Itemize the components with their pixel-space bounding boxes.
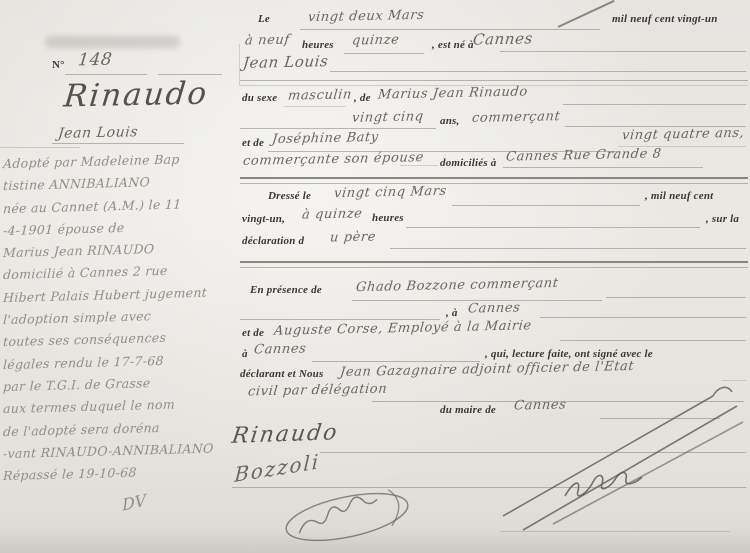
act-number-label: N° xyxy=(52,60,65,71)
mother-age-handwritten: vingt quatre ans, xyxy=(621,127,745,143)
paraph-signature xyxy=(495,378,750,538)
sur-la-printed: , sur la xyxy=(706,214,739,225)
address-handwritten: Cannes Rue Grande 8 xyxy=(505,147,662,163)
a2-printed: à xyxy=(242,349,248,360)
birth-hour-handwritten: à neuf xyxy=(244,34,290,48)
margin-given-names: Jean Louis xyxy=(57,125,139,141)
witness1-place-handwritten: Cannes xyxy=(467,301,521,315)
en-presence-printed: En présence de xyxy=(250,285,322,296)
rule xyxy=(390,248,746,249)
rule xyxy=(330,71,746,72)
rule xyxy=(240,267,748,268)
witness2-handwritten: Auguste Corse, Employé à la Mairie xyxy=(273,319,532,337)
birth-certificate-scan: N° 148 Rinaudo Jean Louis Adopté par Mad… xyxy=(0,0,750,553)
officer-delegation-handwritten: civil par délégation xyxy=(247,383,387,399)
scan-vignette xyxy=(0,527,750,553)
rule xyxy=(563,104,746,105)
child-names-handwritten: Jean Louis xyxy=(242,54,329,71)
record-hour-handwritten: à quinze xyxy=(301,207,363,221)
rule xyxy=(606,297,746,298)
domicilies-printed: domiciliés à xyxy=(440,158,496,169)
rule xyxy=(65,74,147,75)
rule xyxy=(240,128,436,129)
act-year-printed: mil neuf cent vingt-un xyxy=(612,14,718,25)
rule xyxy=(300,29,600,30)
adoption-note-line: Répassé le 19-10-68 xyxy=(3,459,240,488)
rule xyxy=(400,165,438,166)
rule xyxy=(0,147,80,148)
mil-neuf-cent-printed: , mil neuf cent xyxy=(645,191,713,202)
et-de-printed: et de xyxy=(242,138,264,149)
rule xyxy=(158,74,222,75)
signature-declarant: Rinaudo xyxy=(230,422,339,448)
father-profession-handwritten: commerçant xyxy=(471,110,561,125)
officer-name-handwritten: Jean Gazagnaire adjoint officier de l'Et… xyxy=(339,360,634,379)
section-divider xyxy=(240,177,748,179)
birth-place-handwritten: Cannes xyxy=(472,31,533,47)
rule xyxy=(500,51,746,52)
rule xyxy=(284,106,346,107)
ink-stamp-smudge xyxy=(45,36,180,48)
vingt-un-printed: vingt-un, xyxy=(242,214,285,225)
witness2-place-handwritten: Cannes xyxy=(253,342,307,356)
rule xyxy=(406,227,700,228)
section-divider xyxy=(240,261,748,263)
heures-printed: heures xyxy=(302,40,334,51)
record-date-handwritten: vingt cinq Mars xyxy=(333,185,447,200)
act-number-value: 148 xyxy=(77,52,113,70)
declaration-printed: déclaration d xyxy=(242,236,304,247)
rule xyxy=(240,183,748,184)
rule xyxy=(344,53,424,54)
rule xyxy=(540,317,746,318)
rule xyxy=(240,80,748,81)
mother-name-handwritten: Joséphine Baty xyxy=(271,131,379,146)
rule xyxy=(452,205,640,206)
dresse-le-printed: Dressé le xyxy=(268,191,311,202)
declarant-pere-handwritten: u père xyxy=(329,231,376,245)
heures2-printed: heures xyxy=(372,213,404,224)
a-printed: , à xyxy=(446,308,458,319)
witness1-handwritten: Ghado Bozzone commerçant xyxy=(355,277,559,294)
adoption-note: Adopté par Madeleine Bap tistine ANNIBAL… xyxy=(3,150,239,484)
et-de2-printed: et de xyxy=(242,328,264,339)
du-sexe-printed: du sexe xyxy=(242,93,277,104)
signature-witness1: Bozzoli xyxy=(234,451,321,485)
rule xyxy=(560,340,746,341)
act-le-printed: Le xyxy=(258,14,270,25)
mother-profession-handwritten: commerçante son épouse xyxy=(242,151,424,168)
father-name-handwritten: Marius Jean Rinaudo xyxy=(377,85,528,101)
margin-initials: DV xyxy=(121,489,147,517)
birth-minutes-handwritten: quinze xyxy=(351,33,400,47)
rule xyxy=(52,143,184,144)
pen-slash-mark xyxy=(558,0,615,28)
father-age-handwritten: vingt cinq xyxy=(351,110,424,125)
rule xyxy=(503,167,703,168)
birth-date-handwritten: vingt deux Mars xyxy=(307,9,425,24)
est-ne-printed: , est né à xyxy=(432,40,474,51)
ans-printed: ans, xyxy=(440,116,459,127)
du-maire-printed: du maire de xyxy=(440,405,496,416)
de-printed: , de xyxy=(354,93,371,104)
declarant-nous-printed: déclarant et Nous xyxy=(240,369,323,380)
margin-surname: Rinaudo xyxy=(62,78,209,112)
sex-handwritten: masculin xyxy=(287,88,352,102)
